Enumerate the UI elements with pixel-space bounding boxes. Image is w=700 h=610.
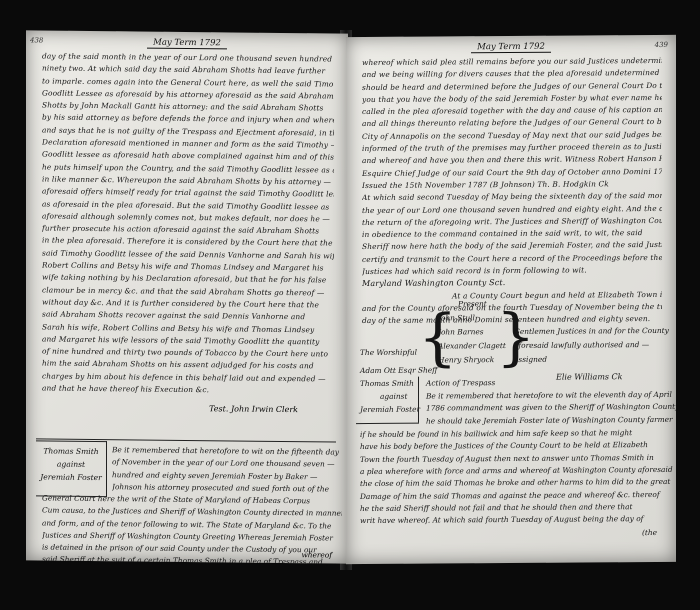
clerk-signature: Elie Williams Ck bbox=[556, 371, 623, 384]
present-label: Present bbox=[458, 298, 487, 310]
page-body: day of the said month in the year of our… bbox=[26, 48, 348, 398]
attestation: Test. John Irwin Clerk bbox=[209, 404, 328, 414]
worshipful-label: The Worshipful bbox=[360, 347, 417, 360]
action-label: Action of Trespass bbox=[426, 377, 495, 390]
right-page: 439 May Term 1792 whereof which said ple… bbox=[346, 35, 676, 564]
case-caption: Thomas SmithagainstJeremiah Foster bbox=[36, 440, 107, 497]
justice-name: John Barnes bbox=[438, 326, 484, 339]
caption-line: against bbox=[380, 391, 407, 403]
justices-note: aforesaid lawfully authorised and — bbox=[514, 339, 649, 352]
justice-name: Henry Shryock bbox=[438, 354, 494, 367]
caption-divider bbox=[356, 423, 419, 424]
caption-line: Thomas Smith bbox=[38, 444, 104, 458]
justice-name: John Stull bbox=[438, 312, 475, 325]
caption-line: Jeremiah Foster bbox=[38, 470, 104, 484]
catchword: whereof bbox=[301, 550, 332, 559]
text-line: he should take Jeremiah Foster late of W… bbox=[426, 413, 673, 427]
sheriff-line: Adam Ott Esqr Sheff bbox=[360, 365, 437, 378]
text-line: writ have whereof. At which said fourth … bbox=[360, 513, 643, 527]
folio-number: 438 bbox=[30, 36, 43, 44]
justices-note: Gentlemen Justices in and for the County bbox=[514, 325, 669, 338]
justices-present: PresentThe Worshipful{John StullJohn Bar… bbox=[346, 35, 676, 564]
caption-line: Jeremiah Foster bbox=[360, 404, 420, 417]
case-opening: Be it remembered that heretofore to wit … bbox=[112, 444, 340, 496]
caption-line: Thomas Smith bbox=[360, 378, 414, 391]
case-continuation: General Court here the writ of the State… bbox=[42, 492, 342, 563]
left-page: 438 May Term 1792 day of the said month … bbox=[26, 30, 348, 563]
justices-note: assigned bbox=[514, 354, 547, 367]
caption-divider bbox=[418, 377, 419, 423]
catchword: (the bbox=[642, 527, 657, 539]
caption-line: against bbox=[38, 457, 104, 471]
